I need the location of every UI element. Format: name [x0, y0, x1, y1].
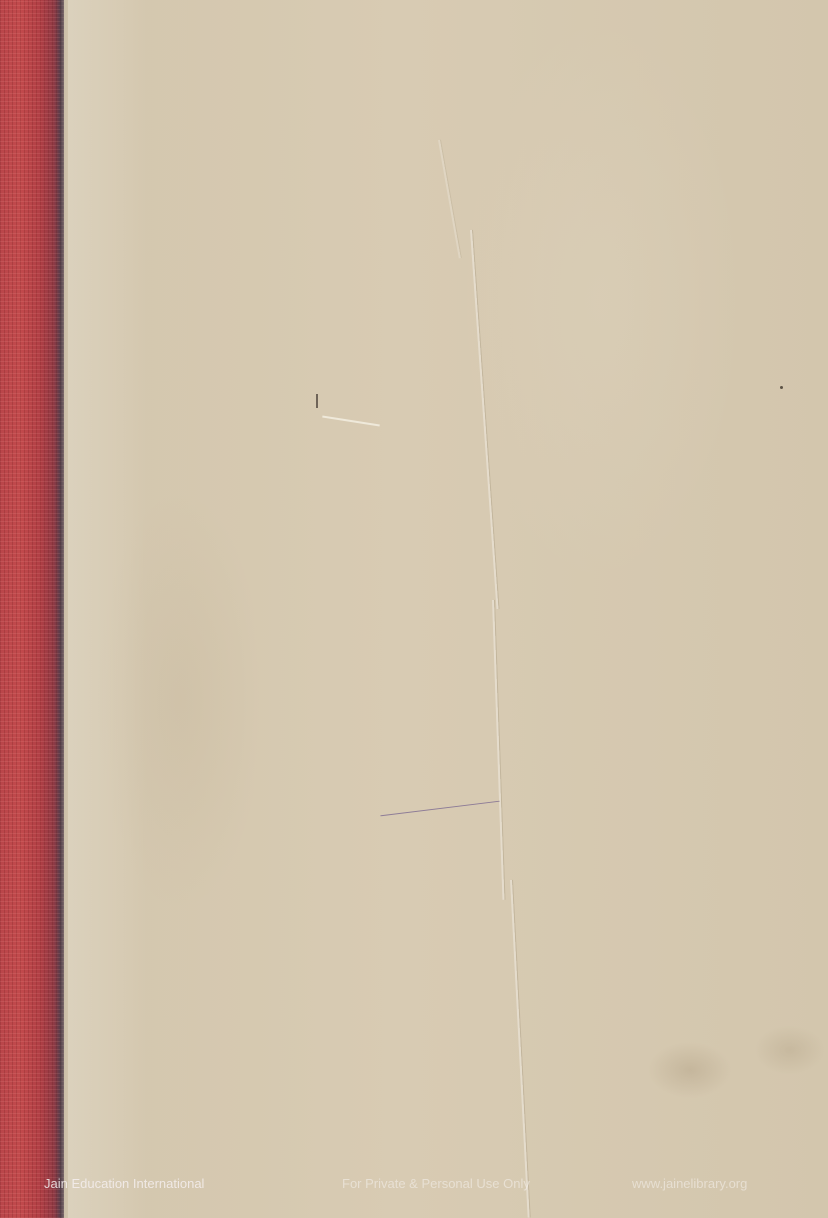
footer-website-link[interactable]: www.jainelibrary.org — [632, 1176, 747, 1191]
watermark-footer: Jain Education International For Private… — [0, 1176, 828, 1196]
paper-crease — [510, 880, 530, 1218]
ink-line-mark — [380, 801, 499, 817]
footer-publisher: Jain Education International — [44, 1176, 204, 1191]
footer-usage-notice: For Private & Personal Use Only — [342, 1176, 530, 1191]
paper-crease — [438, 140, 461, 259]
scanned-page: Jain Education International For Private… — [0, 0, 828, 1218]
inner-margin-highlight — [68, 0, 198, 1218]
paper-crease — [470, 230, 499, 609]
pen-mark — [316, 394, 318, 408]
paper-scratch — [322, 415, 380, 426]
red-cloth-binding — [0, 0, 64, 1218]
paper-crease — [492, 600, 504, 900]
ink-dot — [780, 386, 783, 389]
binding-edge-shadow — [60, 0, 68, 1218]
